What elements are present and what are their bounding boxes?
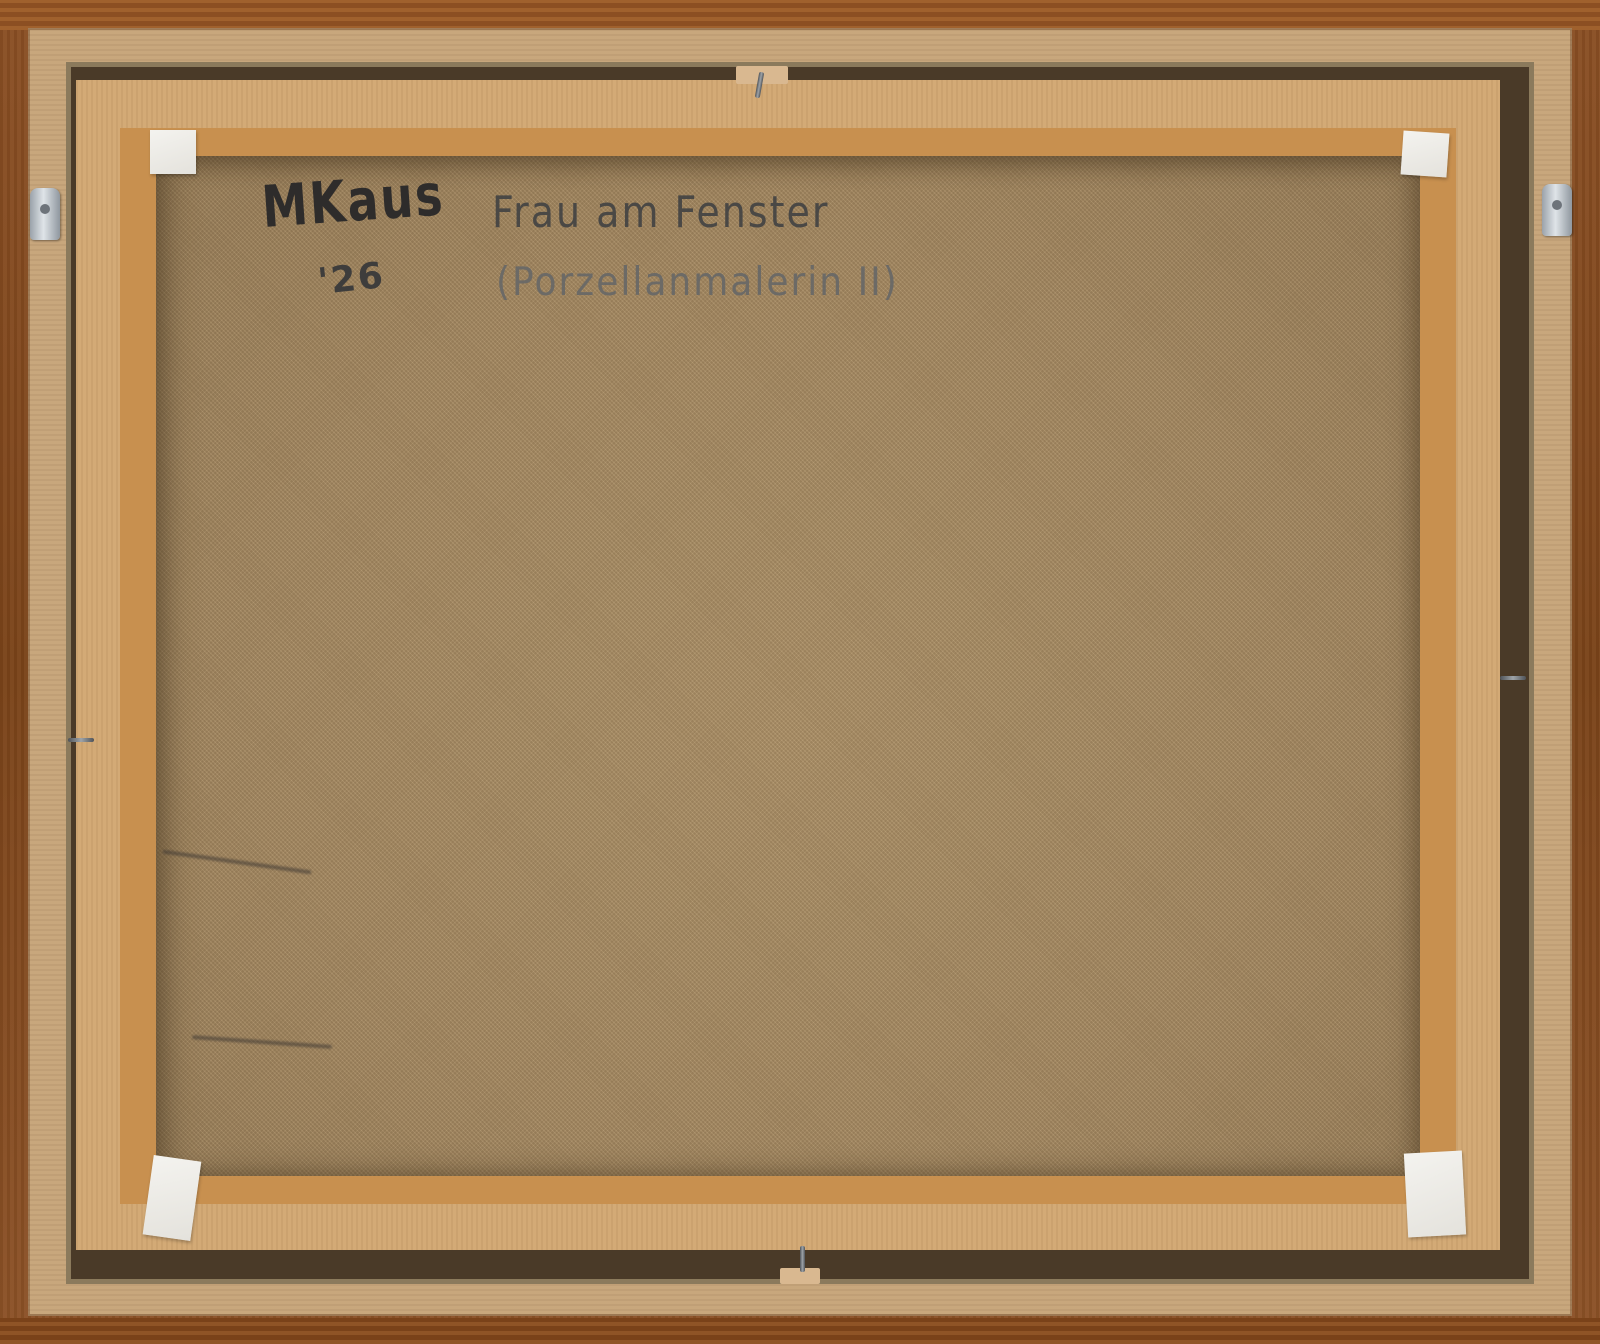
nail-left [68, 738, 94, 742]
tape-top-right [1401, 130, 1450, 177]
signature-year: '26 [316, 255, 387, 303]
hanging-bracket-left [30, 188, 60, 240]
tape-bottom-right [1404, 1151, 1466, 1238]
nail-right [1500, 676, 1526, 680]
outer-frame-top-edge [0, 0, 1600, 30]
nail-bottom [800, 1246, 805, 1272]
tape-top-left [150, 130, 196, 174]
outer-frame-bottom-edge [0, 1318, 1600, 1344]
hanging-bracket-right [1542, 184, 1572, 236]
artist-signature: MKaus [260, 161, 447, 241]
painting-subtitle: (Porzellanmalerin II) [496, 260, 899, 305]
painting-title: Frau am Fenster [492, 187, 830, 238]
canvas-back [156, 156, 1420, 1176]
painting-reverse: MKaus '26 Frau am Fenster (Porzellanmale… [0, 0, 1600, 1344]
